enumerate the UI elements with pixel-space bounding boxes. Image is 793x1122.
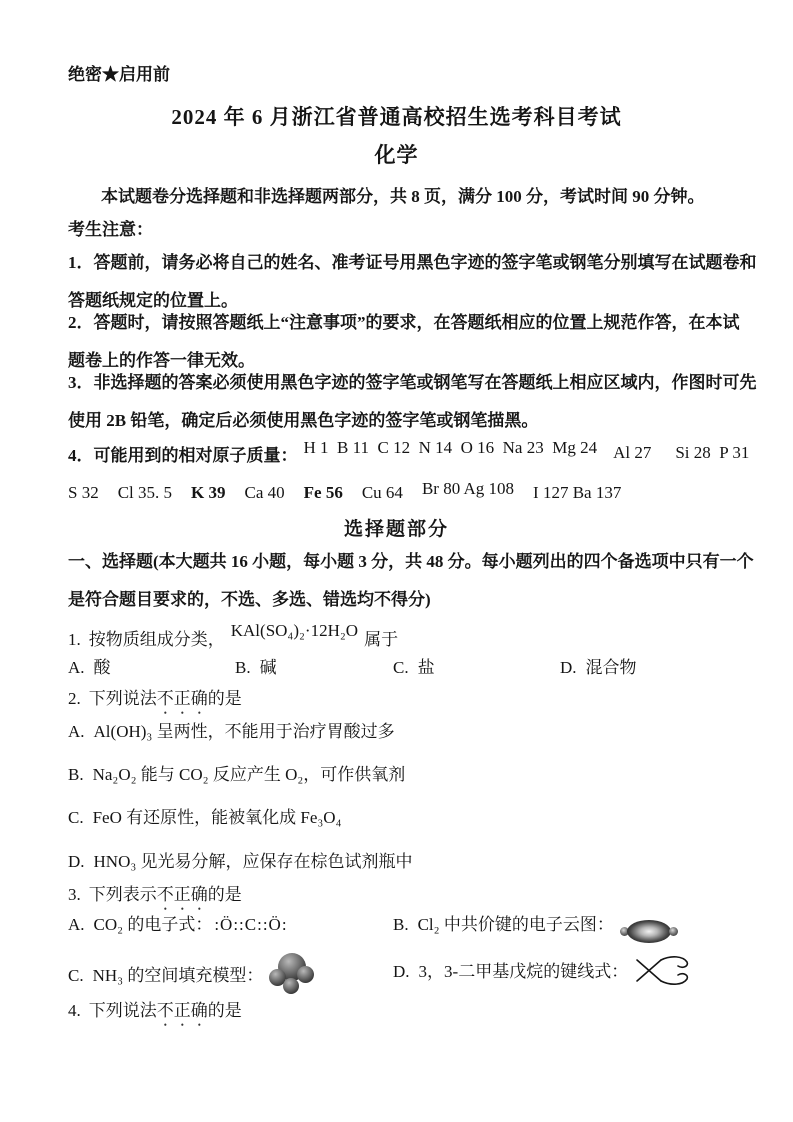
option-text: HNO₃ 见光易分解，应保存在棕色试剂瓶中 [94, 852, 413, 871]
attention-label: 考生注意： [68, 215, 153, 240]
hydrogen-sphere [283, 978, 299, 994]
option-text: NH₃ 的空间填充模型： [93, 966, 264, 985]
option-text: Cl₂ 中共价键的电子云图： [418, 915, 614, 934]
stem-text: 的是 [208, 689, 242, 708]
option-label: A. [68, 722, 85, 742]
skeletal-formula-icon [634, 953, 696, 989]
option-label: A. [68, 658, 85, 678]
stem-text: 下列说法 [89, 689, 157, 708]
question-3-stem: 3.下列表示不正确的是 [68, 880, 242, 914]
subject-title: 化学 [0, 139, 793, 169]
option-label: D. [68, 852, 85, 872]
question-1-option-c: C.盐 [393, 653, 435, 678]
question-3-option-c: C.NH₃ 的空间填充模型： [68, 953, 316, 996]
option-text: 酸 [94, 658, 111, 677]
exam-paper-page: 绝密★启用前 2024 年 6 月浙江省普通高校招生选考科目考试 化学 本试题卷… [0, 0, 793, 1122]
option-label: C. [68, 808, 84, 828]
option-text: Al(OH)₃ 呈两性，不能用于治疗胃酸过多 [94, 722, 395, 741]
question-2-option-b: B.Na₂O₂ 能与 CO₂ 反应产生 O₂，可作供氧剂 [68, 760, 405, 785]
stem-text: 的是 [208, 885, 242, 904]
option-text: 碱 [260, 658, 277, 677]
stem-emphasis: 不正确 [157, 1001, 208, 1020]
option-label: D. [393, 962, 410, 982]
question-1-option-d: D.混合物 [560, 653, 637, 678]
stem-text: 下列说法 [89, 1001, 157, 1020]
option-label: B. [68, 765, 84, 785]
hydrogen-sphere [297, 966, 314, 983]
notice-item-3-line-1: 3．非选择题的答案必须使用黑色字迹的签字笔或钢笔写在答题纸上相应区域内，作图时可… [68, 368, 757, 393]
option-label: C. [68, 966, 84, 986]
option-text: CO₂ 的电子式： [94, 915, 213, 934]
stem-emphasis: 不正确 [157, 885, 208, 904]
mass-ca: Ca 40 [245, 483, 285, 502]
option-text: FeO 有还原性，能被氧化成 Fe₃O₄ [93, 808, 342, 827]
mass-cu: Cu 64 [362, 483, 403, 502]
question-4-stem: 4.下列说法不正确的是 [68, 996, 242, 1030]
mass-k: K 39 [191, 483, 225, 502]
option-text: 盐 [418, 658, 435, 677]
stem-emphasis: 不正确 [157, 689, 208, 708]
question-2-number: 2. [68, 689, 81, 709]
option-text: 混合物 [586, 658, 637, 677]
section-instructions-line-1: 一、选择题(本大题共 16 小题，每小题 3 分，共 48 分。每小题列出的四个… [68, 547, 754, 572]
atomic-masses-row-2: S 32Cl 35. 5K 39Ca 40Fe 56Cu 64Br 80 Ag … [68, 483, 640, 503]
exam-intro: 本试题卷分选择题和非选择题两部分，共 8 页，满分 100 分，考试时间 90 … [101, 182, 705, 207]
question-1-stem: 1.按物质组成分类，KAl(SO₄)₂·12H₂O属于 [68, 625, 398, 650]
question-3-option-a: A.CO₂ 的电子式：:Ö::C::Ö: [68, 910, 288, 935]
question-3-option-b: B.Cl₂ 中共价键的电子云图： [393, 910, 678, 943]
question-2-stem: 2.下列说法不正确的是 [68, 684, 242, 718]
mass-fe: Fe 56 [304, 483, 343, 502]
question-1-option-b: B.碱 [235, 653, 277, 678]
notice-item-1-line-1: 1．答题前，请务必将自己的姓名、准考证号用黑色字迹的签字笔或钢笔分别填写在试题卷… [68, 248, 757, 273]
option-label: B. [235, 658, 251, 678]
atomic-masses-row1-part2: Al 27 [613, 443, 651, 462]
question-2-option-c: C.FeO 有还原性，能被氧化成 Fe₃O₄ [68, 803, 342, 828]
option-label: D. [560, 658, 577, 678]
atomic-masses-label: 4．可能用到的相对原子质量： [68, 446, 298, 465]
atomic-masses-row1-part1: H 1 B 11 C 12 N 14 O 16 Na 23 Mg 24 [304, 438, 598, 457]
option-text: 3，3-二甲基戊烷的键线式： [419, 962, 629, 981]
atomic-masses-row1-part3: Si 28 P 31 [675, 443, 749, 462]
option-text: Na₂O₂ 能与 CO₂ 反应产生 O₂，可作供氧剂 [93, 765, 406, 784]
question-4-number: 4. [68, 1001, 81, 1021]
stem-text: 下列表示 [89, 885, 157, 904]
mass-i-ba: I 127 Ba 137 [533, 483, 621, 502]
stem-text: 的是 [208, 1001, 242, 1020]
question-1-chemical-formula: KAl(SO₄)₂·12H₂O [231, 621, 358, 640]
notice-item-2-line-1: 2．答题时，请按照答题纸上“注意事项”的要求，在答题纸相应的位置上规范作答，在本… [68, 308, 740, 333]
question-3-number: 3. [68, 885, 81, 905]
question-3-option-d: D.3，3-二甲基戊烷的键线式： [393, 953, 696, 989]
atomic-masses-row-1: 4．可能用到的相对原子质量：H 1 B 11 C 12 N 14 O 16 Na… [68, 441, 749, 466]
question-1-stem-prefix: 按物质组成分类， [89, 630, 225, 649]
electron-cloud-ellipse [627, 920, 671, 943]
question-2-option-a: A.Al(OH)₃ 呈两性，不能用于治疗胃酸过多 [68, 717, 395, 742]
page-title: 2024 年 6 月浙江省普通高校招生选考科目考试 [0, 101, 793, 131]
question-2-option-d: D.HNO₃ 见光易分解，应保存在棕色试剂瓶中 [68, 847, 413, 872]
question-1-stem-suffix: 属于 [364, 630, 398, 649]
mass-s: S 32 [68, 483, 99, 502]
mass-br-ag: Br 80 Ag 108 [422, 479, 514, 498]
mass-cl: Cl 35. 5 [118, 483, 172, 502]
space-filling-model-icon [269, 953, 316, 996]
option-label: A. [68, 915, 85, 935]
notice-item-3-line-2: 使用 2B 铅笔，确定后必须使用黑色字迹的签字笔或钢笔描黑。 [68, 406, 538, 431]
electron-cloud-right-lobe [669, 927, 678, 936]
part-title: 选择题部分 [0, 514, 793, 541]
classification-label: 绝密★启用前 [68, 60, 170, 85]
section-instructions-line-2: 是符合题目要求的，不选、多选、错选均不得分) [68, 585, 431, 610]
question-1-option-a: A.酸 [68, 653, 111, 678]
lewis-structure-co2: :Ö::C::Ö: [214, 915, 287, 934]
option-label: B. [393, 915, 409, 935]
electron-cloud-icon [620, 920, 678, 943]
option-label: C. [393, 658, 409, 678]
question-1-number: 1. [68, 630, 81, 650]
